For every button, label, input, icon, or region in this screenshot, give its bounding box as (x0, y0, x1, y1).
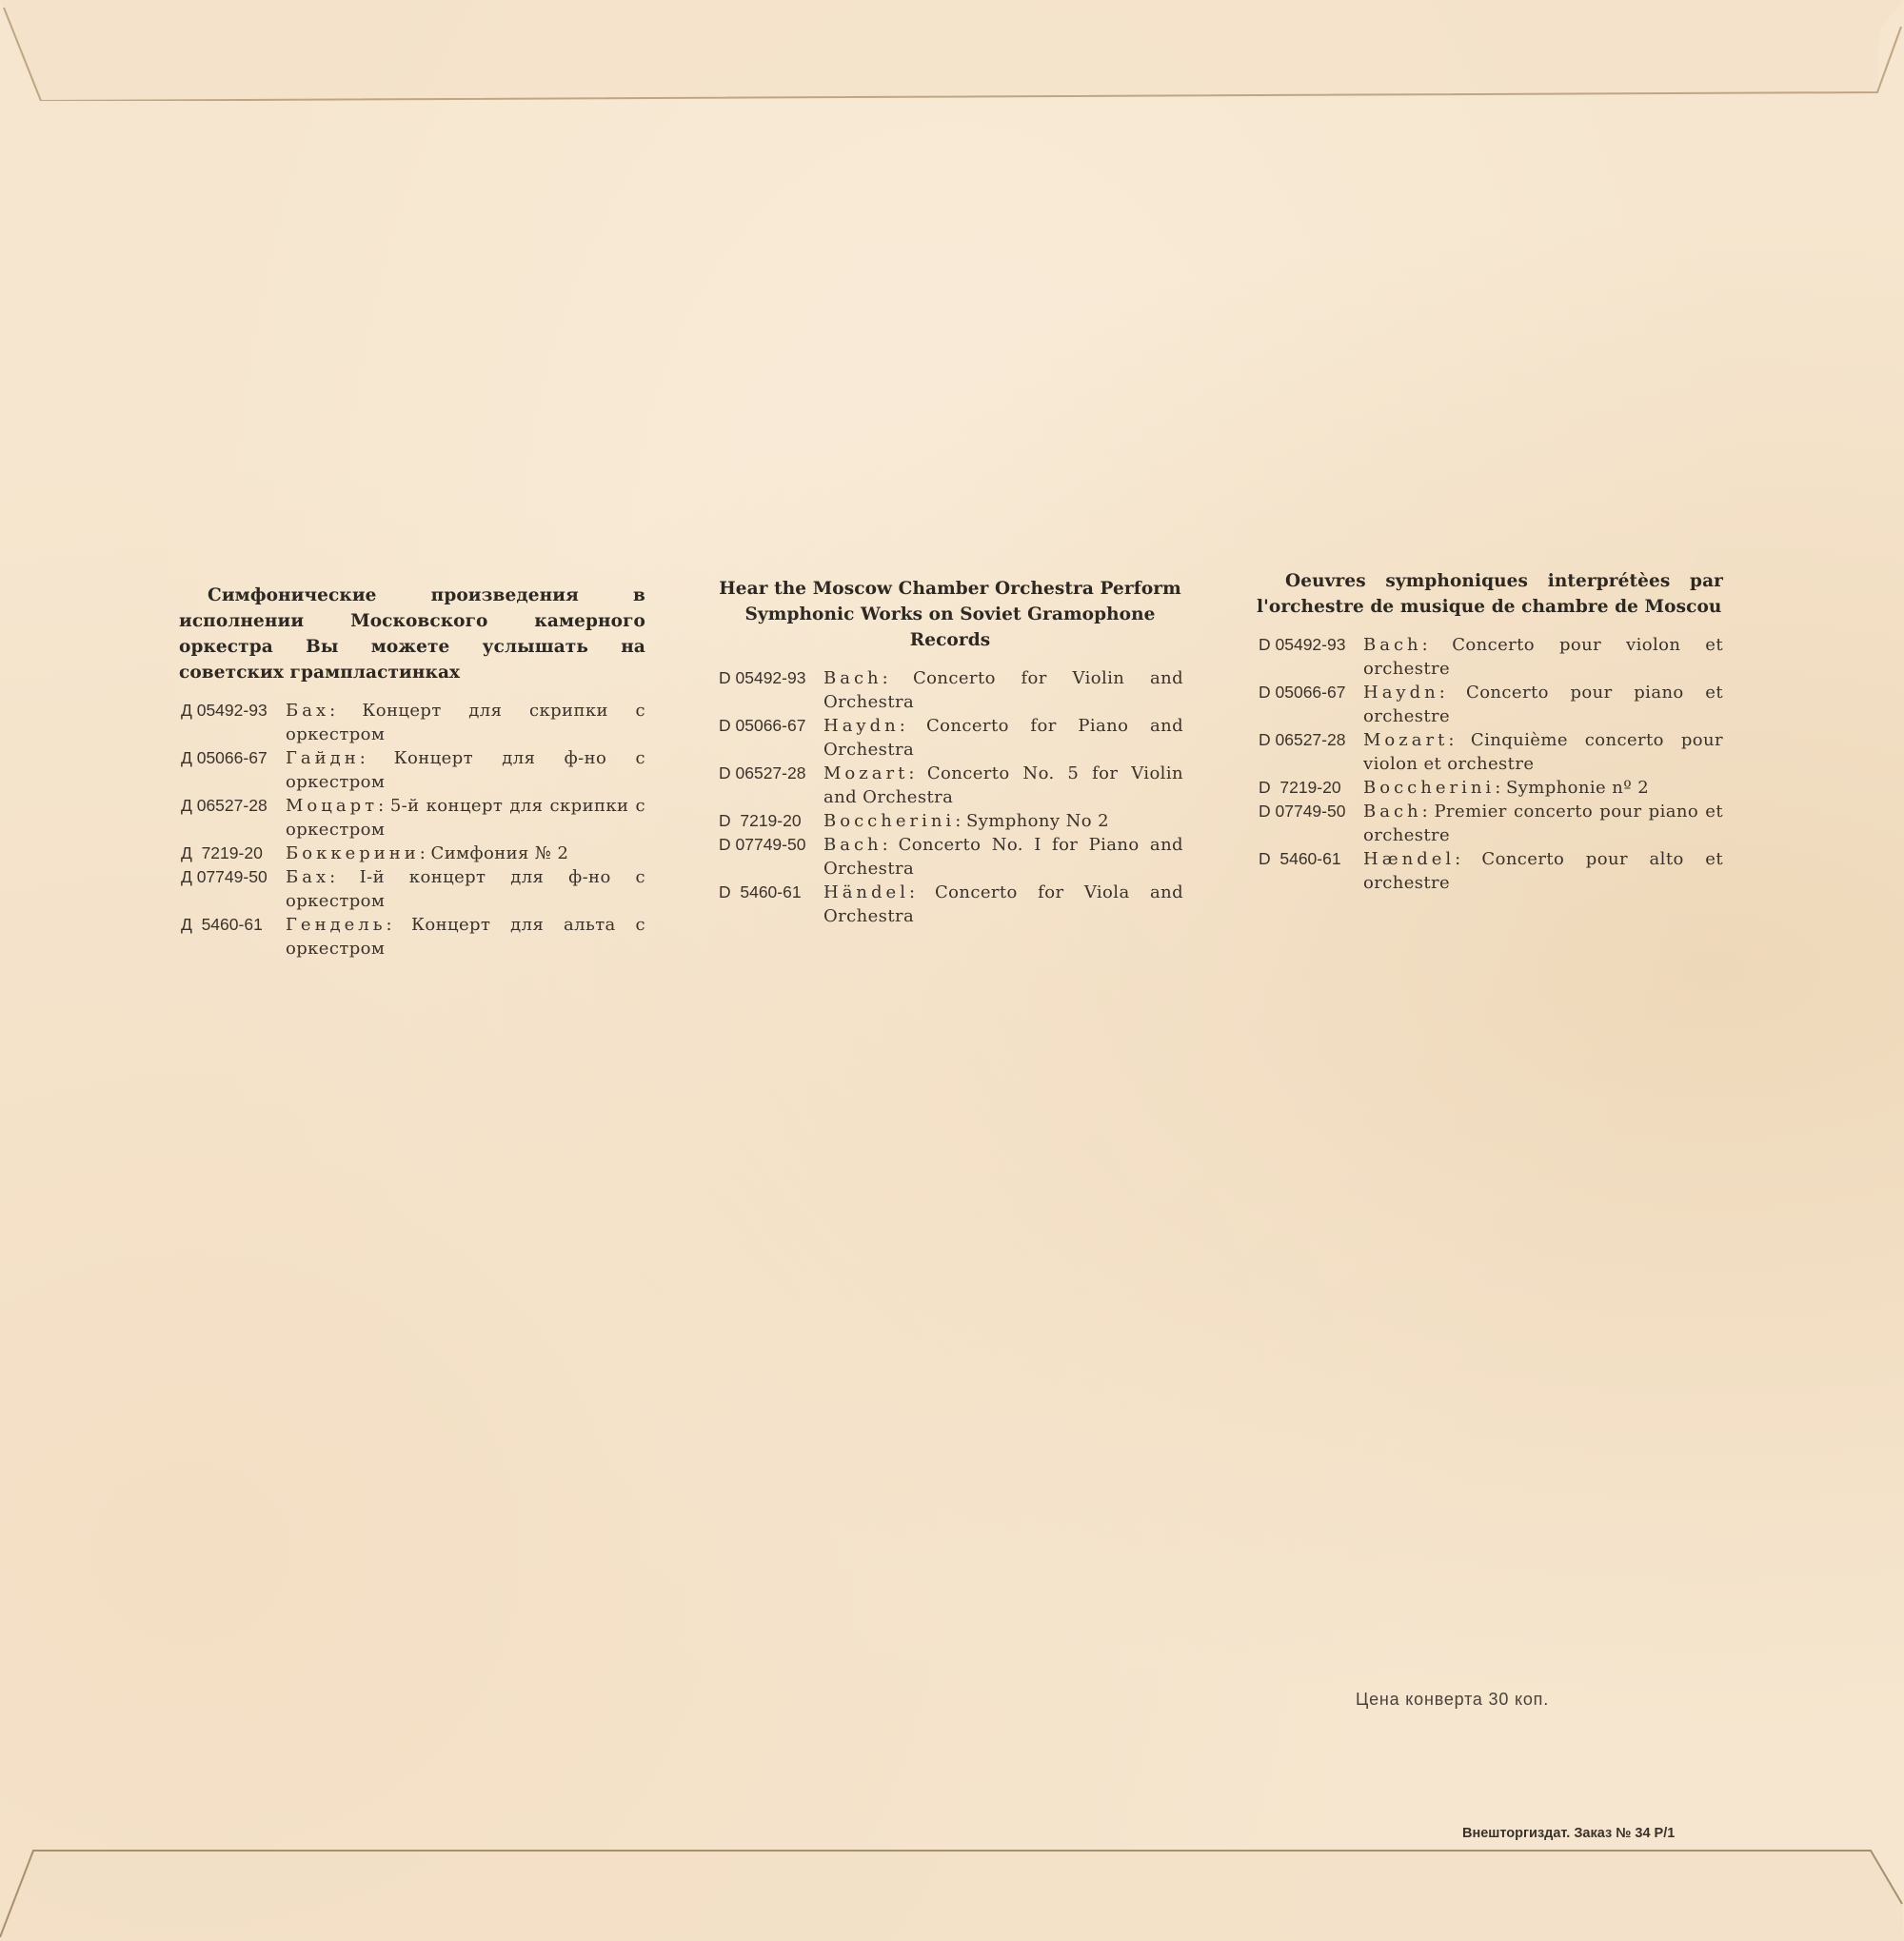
separator: : (883, 835, 899, 855)
record-item: D 06527-28Mozart: Concerto No. 5 for Vio… (717, 762, 1183, 809)
separator: : (329, 867, 359, 887)
composer-name: Haydn (1363, 683, 1439, 703)
composer-name: Mozart (1363, 730, 1448, 750)
record-description: Hændel: Concerto pour alto et orchestre (1363, 847, 1723, 895)
record-item: D 06527-28Mozart: Cinquième concerto pou… (1257, 728, 1723, 776)
catalog-number: Д 07749-50 (179, 865, 286, 913)
english-column: Hear the Moscow Chamber Orchestra Perfor… (717, 576, 1183, 928)
record-description: Bach: Premier concerto pour piano et orc… (1363, 800, 1723, 847)
record-item: D 07749-50Bach: Concerto No. I for Piano… (717, 833, 1183, 881)
separator: : (420, 843, 431, 863)
record-item: D 5460-61Hændel: Concerto pour alto et o… (1257, 847, 1723, 895)
record-description: Bach: Concerto pour violon et orchestre (1363, 633, 1723, 681)
composer-name: Händel (823, 882, 909, 902)
envelope-price: Цена конверта 30 коп. (1356, 1690, 1549, 1710)
record-item: Д 06527-28Моцарт: 5-й концерт для скрипк… (179, 794, 645, 842)
separator: : (900, 716, 926, 736)
composer-name: Гендель (286, 915, 387, 935)
composer-name: Бах (286, 701, 329, 721)
english-heading: Hear the Moscow Chamber Orchestra Perfor… (717, 576, 1183, 653)
record-description: Бах: Концерт для скрипки с оркестром (286, 699, 645, 746)
composer-name: Боккерини (286, 843, 420, 863)
composer-name: Bach (823, 668, 883, 688)
composer-name: Hændel (1363, 849, 1455, 869)
record-item: D 07749-50Bach: Premier concerto pour pi… (1257, 800, 1723, 847)
catalog-number: D 7219-20 (717, 809, 823, 833)
separator: : (1439, 683, 1466, 703)
record-item: D 5460-61Händel: Concerto for Viola and … (717, 881, 1183, 928)
separator: : (360, 748, 394, 768)
record-item: D 05066-67Haydn: Concerto for Piano and … (717, 714, 1183, 762)
record-item: D 7219-20Boccherini: Symphony No 2 (717, 809, 1183, 833)
catalog-number: D 06527-28 (1257, 728, 1363, 776)
french-heading: Oeuvres symphoniques interprétèes par l'… (1257, 568, 1723, 620)
composer-name: Бах (286, 867, 329, 887)
composer-name: Haydn (823, 716, 900, 736)
catalog-number: D 07749-50 (1257, 800, 1363, 847)
french-record-list: D 05492-93Bach: Concerto pour violon et … (1257, 633, 1723, 895)
french-column: Oeuvres symphoniques interprétèes par l'… (1257, 568, 1723, 895)
record-description: Haydn: Concerto pour piano et orchestre (1363, 681, 1723, 728)
separator: : (1422, 802, 1435, 822)
record-description: Boccherini: Symphony No 2 (823, 809, 1183, 833)
composer-name: Bach (1363, 802, 1422, 822)
record-item: Д 5460-61Гендель: Концерт для альта с ор… (179, 913, 645, 961)
catalog-number: Д 05492-93 (179, 699, 286, 746)
composer-name: Boccherini (1363, 778, 1495, 798)
separator: : (955, 811, 966, 831)
record-item: Д 05066-67Гайдн: Концерт для ф-но с орке… (179, 746, 645, 794)
composer-name: Гайдн (286, 748, 360, 768)
catalog-number: D 06527-28 (717, 762, 823, 809)
russian-record-list: Д 05492-93Бах: Концерт для скрипки с орк… (179, 699, 645, 961)
catalog-number: D 05066-67 (717, 714, 823, 762)
catalog-number: Д 5460-61 (179, 913, 286, 961)
separator: : (387, 915, 412, 935)
record-description: Mozart: Concerto No. 5 for Violin and Or… (823, 762, 1183, 809)
record-item: D 05066-67Haydn: Concerto pour piano et … (1257, 681, 1723, 728)
separator: : (1495, 778, 1506, 798)
record-item: D 7219-20Boccherini: Symphonie nº 2 (1257, 776, 1723, 800)
english-record-list: D 05492-93Bach: Concerto for Violin and … (717, 666, 1183, 928)
catalog-number: D 5460-61 (717, 881, 823, 928)
record-item: Д 05492-93Бах: Концерт для скрипки с орк… (179, 699, 645, 746)
composer-name: Bach (823, 835, 883, 855)
work-title: Symphonie nº 2 (1506, 778, 1649, 798)
separator: : (909, 882, 935, 902)
catalog-number: D 05492-93 (717, 666, 823, 714)
catalog-number: Д 05066-67 (179, 746, 286, 794)
work-title: Symphony No 2 (966, 811, 1109, 831)
record-item: D 05492-93Bach: Concerto pour violon et … (1257, 633, 1723, 681)
catalog-number: D 05066-67 (1257, 681, 1363, 728)
composer-name: Mozart (823, 763, 908, 783)
separator: : (1455, 849, 1481, 869)
separator: : (883, 668, 913, 688)
separator: : (1448, 730, 1471, 750)
composer-name: Моцарт (286, 796, 378, 816)
record-description: Гайдн: Концерт для ф-но с оркестром (286, 746, 645, 794)
record-description: Гендель: Концерт для альта с оркестром (286, 913, 645, 961)
catalog-number: D 07749-50 (717, 833, 823, 881)
separator: : (908, 763, 926, 783)
record-item: Д 7219-20Боккерини: Симфония № 2 (179, 842, 645, 865)
catalog-number: D 5460-61 (1257, 847, 1363, 895)
catalog-number: Д 06527-28 (179, 794, 286, 842)
record-description: Bach: Concerto No. I for Piano and Orche… (823, 833, 1183, 881)
composer-name: Bach (1363, 635, 1422, 655)
work-title: Симфония № 2 (431, 843, 569, 863)
russian-column: Симфонические произведения в исполнении … (179, 583, 645, 961)
catalog-number: D 05492-93 (1257, 633, 1363, 681)
catalog-number: D 7219-20 (1257, 776, 1363, 800)
publisher-imprint: Внешторгиздат. Заказ № 34 Р/1 (1462, 1826, 1675, 1841)
top-flap (0, 0, 1904, 101)
record-description: Моцарт: 5-й концерт для скрипки с оркест… (286, 794, 645, 842)
record-description: Bach: Concerto for Violin and Orchestra (823, 666, 1183, 714)
record-description: Händel: Concerto for Viola and Orchestra (823, 881, 1183, 928)
separator: : (329, 701, 362, 721)
record-description: Mozart: Cinquième concerto pour violon e… (1363, 728, 1723, 776)
record-item: Д 07749-50Бах: I-й концерт для ф-но с ор… (179, 865, 645, 913)
record-description: Боккерини: Симфония № 2 (286, 842, 645, 865)
catalog-number: Д 7219-20 (179, 842, 286, 865)
composer-name: Boccherini (823, 811, 955, 831)
record-description: Бах: I-й концерт для ф-но с оркестром (286, 865, 645, 913)
separator: : (378, 796, 390, 816)
record-description: Boccherini: Symphonie nº 2 (1363, 776, 1723, 800)
record-description: Haydn: Concerto for Piano and Orchestra (823, 714, 1183, 762)
separator: : (1422, 635, 1453, 655)
russian-heading: Симфонические произведения в исполнении … (179, 583, 645, 685)
bottom-flap (0, 1847, 1904, 1941)
record-item: D 05492-93Bach: Concerto for Violin and … (717, 666, 1183, 714)
